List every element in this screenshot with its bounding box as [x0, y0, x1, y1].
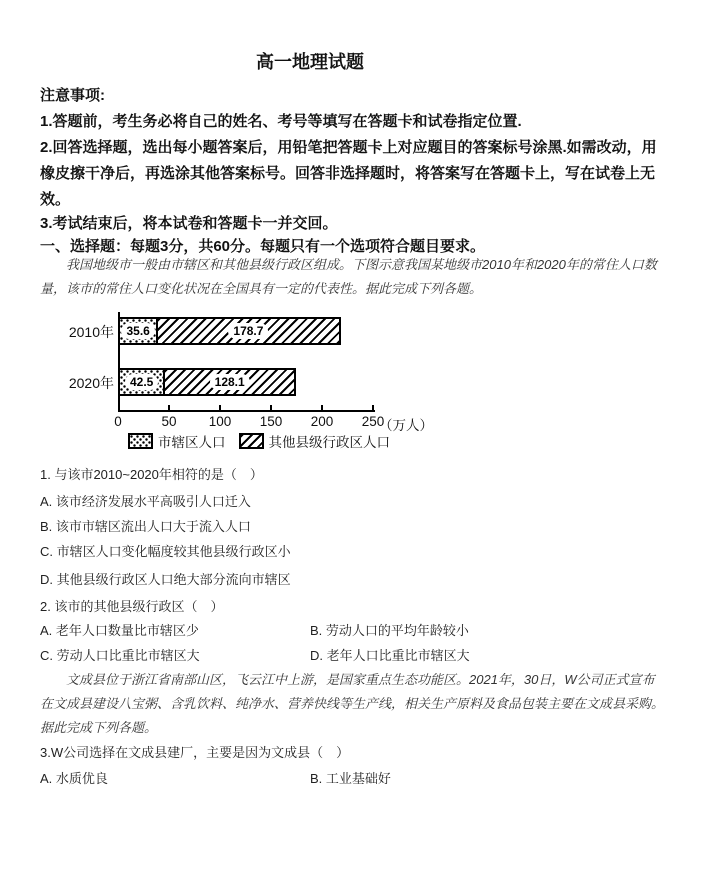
passage-1: 我国地级市一般由市辖区和其他县级行政区组成。下图示意我国某地级市2010年和20… [40, 253, 665, 301]
legend-swatch-hatch [239, 433, 264, 449]
bar-segment-dots: 35.6 [120, 319, 156, 343]
legend-item: 其他县级行政区人口 [239, 431, 391, 451]
chart-legend: 市辖区人口其他县级行政区人口 [128, 431, 403, 451]
bar-value-label: 128.1 [210, 374, 250, 390]
legend-label: 其他县级行政区人口 [269, 431, 391, 451]
chart-tick-label: 200 [305, 414, 339, 429]
question-1-option-a: A. 该市经济发展水平高吸引人口迁入 [40, 493, 665, 511]
chart-tick-label: 150 [254, 414, 288, 429]
bar-value-label: 42.5 [125, 374, 158, 390]
chart-x-axis [118, 410, 375, 412]
chart-category-label: 2020年 [60, 373, 114, 393]
population-chart: 2010年35.6178.72020年42.5128.1050100150200… [60, 300, 480, 465]
question-3-option-a: A. 水质优良 [40, 770, 310, 788]
page-title: 高一地理试题 [0, 48, 620, 74]
legend-label: 市辖区人口 [158, 431, 226, 451]
question-2-option-c: C. 劳动人口比重比市辖区大 [40, 647, 310, 665]
question-2-option-a: A. 老年人口数量比市辖区少 [40, 622, 310, 640]
chart-tick-label: 100 [203, 414, 237, 429]
question-2-stem: 2. 该市的其他县级行政区（ ） [40, 598, 665, 616]
chart-tick [372, 405, 374, 410]
question-1-option-d: D. 其他县级行政区人口绝大部分流向市辖区 [40, 571, 665, 589]
chart-category-label: 2010年 [60, 322, 114, 342]
question-2-option-b: B. 劳动人口的平均年龄较小 [310, 622, 665, 640]
question-2-option-d: D. 老年人口比重比市辖区大 [310, 647, 665, 665]
chart-tick [168, 405, 170, 410]
bar-segment-dots: 42.5 [120, 370, 163, 394]
chart-tick-label: 0 [101, 414, 135, 429]
bar-segment-hatch: 178.7 [156, 319, 338, 343]
legend-item: 市辖区人口 [128, 431, 226, 451]
question-3-stem: 3.W公司选择在文成县建厂，主要是因为文成县（ ） [40, 744, 665, 762]
question-1-option-b: B. 该市市辖区流出人口大于流入人口 [40, 518, 665, 536]
bar-value-label: 35.6 [121, 323, 154, 339]
bar-value-label: 178.7 [228, 323, 268, 339]
chart-bar: 42.5128.1 [118, 368, 296, 396]
notice-header: 注意事项: [40, 83, 665, 109]
question-3-option-b: B. 工业基础好 [310, 770, 665, 788]
chart-bar: 35.6178.7 [118, 317, 341, 345]
legend-swatch-dots [128, 433, 153, 449]
question-1-option-c: C. 市辖区人口变化幅度较其他县级行政区小 [40, 543, 665, 561]
notice-item-1: 1.答题前，考生务必将自己的姓名、考号等填写在答题卡和试卷指定位置. [40, 109, 665, 135]
chart-tick [219, 405, 221, 410]
notice-item-2: 2.回答选择题，选出每小题答案后，用铅笔把答题卡上对应题目的答案标号涂黑.如需改… [40, 135, 665, 213]
chart-tick [321, 405, 323, 410]
chart-tick [270, 405, 272, 410]
bar-segment-hatch: 128.1 [163, 370, 294, 394]
question-1-stem: 1. 与该市2010~2020年相符的是（ ） [40, 466, 665, 484]
passage-2: 文成县位于浙江省南部山区，飞云江中上游，是国家重点生态功能区。2021年，30日… [40, 668, 665, 740]
chart-tick-label: 50 [152, 414, 186, 429]
exam-page: 高一地理试题 注意事项: 1.答题前，考生务必将自己的姓名、考号等填写在答题卡和… [0, 0, 701, 877]
